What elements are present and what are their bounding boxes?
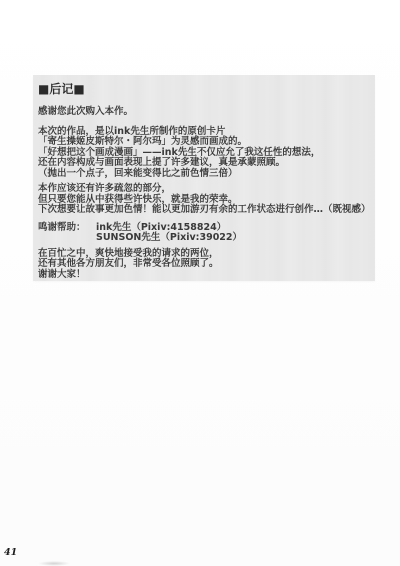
text-line: 本作应该还有许多疏忽的部分，	[38, 184, 371, 195]
text-line: （抛出一个点子，回来能变得比之前色情三倍）	[38, 169, 371, 180]
credits-row: 鸣谢帮助： ink先生（Pixiv:4158824） SUNSON先生（Pixi…	[38, 223, 371, 244]
page-number: 41	[4, 547, 17, 558]
afterword-title: ■后记■	[38, 83, 371, 96]
credits-lines: ink先生（Pixiv:4158824） SUNSON先生（Pixiv:3902…	[96, 223, 371, 244]
text-line: 感谢您此次购入本作。	[38, 107, 371, 118]
afterword-box: ■后记■ 感谢您此次购入本作。 本次的作品，是以ink先生所制作的原创卡片 「寄…	[33, 75, 375, 281]
text-line: 还有其他各方朋友们，非常受各位照顾了。	[38, 259, 371, 270]
scanned-page: ■后记■ 感谢您此次购入本作。 本次的作品，是以ink先生所制作的原创卡片 「寄…	[0, 0, 400, 566]
paragraph-thanks: 感谢您此次购入本作。	[38, 107, 371, 118]
text-line: 下次想要让故事更加色情！能以更加游刃有余的工作状态进行创作…（既视感）	[38, 205, 371, 216]
credits-block: 鸣谢帮助： ink先生（Pixiv:4158824） SUNSON先生（Pixi…	[38, 223, 371, 244]
text-line: 谢谢大家！	[38, 270, 371, 281]
credits-line: SUNSON先生（Pixiv:39022）	[96, 233, 371, 244]
text-line: 「寄生操姬皮斯特尔・阿尔玛」为灵感而画成的。	[38, 137, 371, 148]
paragraph-reflection: 本作应该还有许多疏忽的部分， 但只要您能从中获得些许快乐，就是我的荣幸。 下次想…	[38, 184, 371, 216]
paragraph-origin: 本次的作品，是以ink先生所制作的原创卡片 「寄生操姬皮斯特尔・阿尔玛」为灵感而…	[38, 127, 371, 180]
credits-label: 鸣谢帮助：	[38, 223, 96, 234]
text-line: 还在内容构成与画面表现上提了许多建议，真是承蒙照顾。	[38, 158, 371, 169]
scan-smudge	[38, 561, 70, 566]
paragraph-closing: 在百忙之中，爽快地接受我的请求的两位， 还有其他各方朋友们，非常受各位照顾了。 …	[38, 249, 371, 281]
